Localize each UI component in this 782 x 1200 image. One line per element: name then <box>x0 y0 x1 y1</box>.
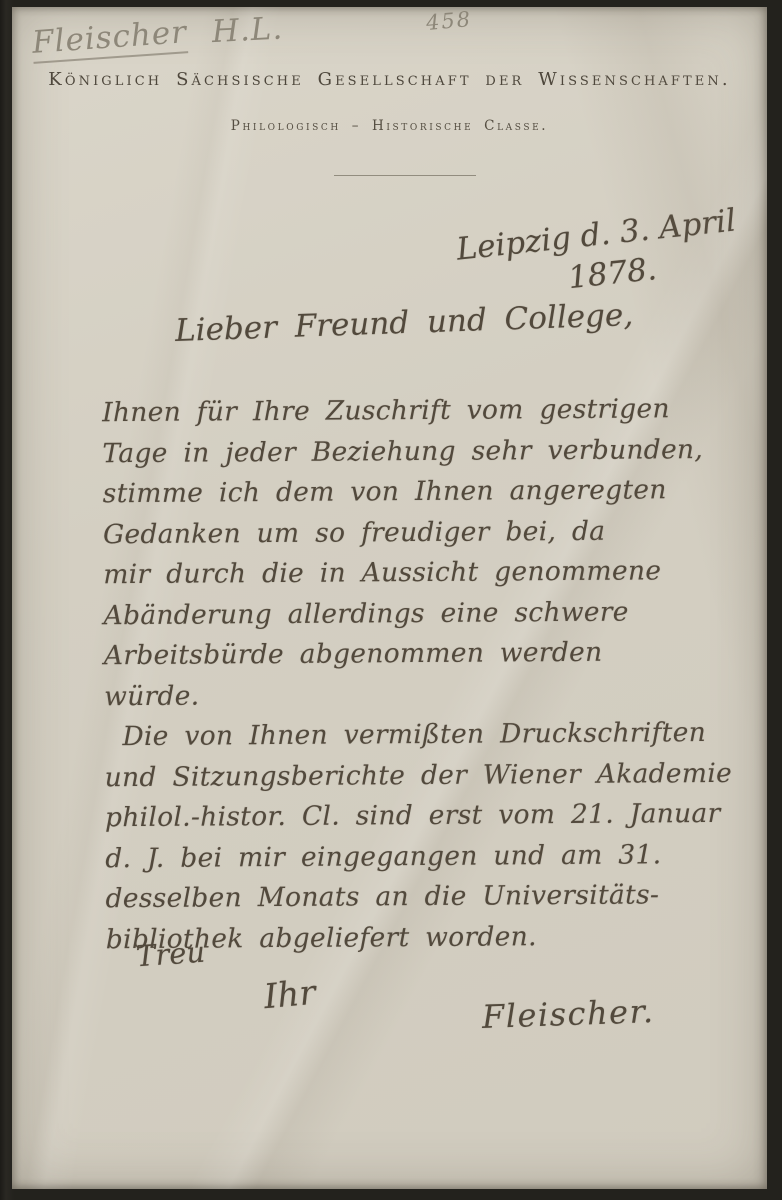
handwritten-line: d. J. bei mir eingegangen und am 31. <box>105 834 745 879</box>
closing-word: Treu <box>135 935 206 974</box>
pencil-owner-initials: H.L. <box>211 10 284 50</box>
handwritten-line: würde. <box>104 672 744 717</box>
letterhead-class-name: Philologisch – Historische Classe. <box>12 118 767 134</box>
pencil-annotation-owner: Fleischer H.L. <box>31 10 284 62</box>
handwritten-line: stimme ich dem von Ihnen angeregten <box>103 470 743 515</box>
letterhead: Königlich Sächsische Gesellschaft der Wi… <box>12 69 767 134</box>
letter-paper: Fleischer H.L. 458 Königlich Sächsische … <box>12 7 767 1189</box>
salutation: Lieber Freund und College, <box>175 297 634 349</box>
letterhead-society-name: Königlich Sächsische Gesellschaft der Wi… <box>12 69 767 90</box>
handwritten-line: und Sitzungsberichte der Wiener Akademie <box>105 753 745 798</box>
signature: Fleischer. <box>481 992 655 1036</box>
handwritten-line: Ihnen für Ihre Zuschrift vom gestrigen <box>102 389 742 434</box>
pencil-owner-surname: Fleischer <box>31 14 188 64</box>
scan-background: Fleischer H.L. 458 Königlich Sächsische … <box>0 0 782 1200</box>
handwritten-line: Die von Ihnen vermißten Druckschriften <box>104 713 744 758</box>
handwritten-line: Arbeitsbürde abgenommen werden <box>104 632 744 677</box>
pencil-page-number: 458 <box>425 7 473 35</box>
letterhead-divider <box>334 175 476 176</box>
handwritten-line: philol.-histor. Cl. sind erst vom 21. Ja… <box>105 794 745 839</box>
letter-body: Ihnen für Ihre Zuschrift vom gestrigen T… <box>102 389 746 960</box>
valediction: Ihr <box>262 973 317 1017</box>
handwritten-line: mir durch die in Aussicht genommene <box>103 551 743 596</box>
handwritten-line: Gedanken um so freudiger bei, da <box>103 510 743 555</box>
handwritten-line: desselben Monats an die Universitäts- <box>105 875 745 920</box>
dateline: Leipzig d. 3. April 1878. <box>455 201 742 310</box>
handwritten-line: Tage in jeder Beziehung sehr verbunden, <box>102 429 742 474</box>
handwritten-line: Abänderung allerdings eine schwere <box>103 591 743 636</box>
